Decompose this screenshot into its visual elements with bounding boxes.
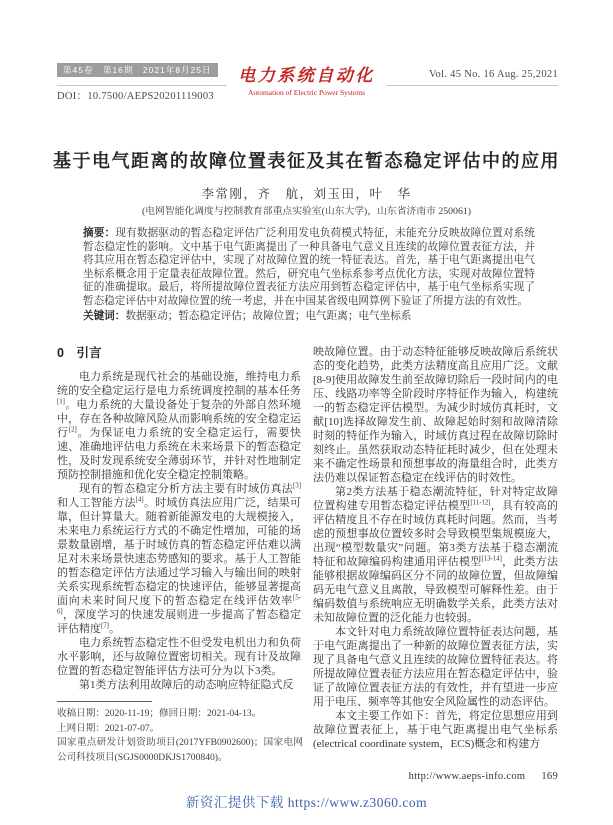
footnote-received-date: 收稿日期：2020-11-19；修回日期：2021-04-13。 <box>57 707 303 722</box>
keywords-label: 关键词： <box>83 310 125 322</box>
watermark: 新资汇提供下载 https://www.z3060.com <box>0 791 613 811</box>
keywords-paragraph: 关键词：数据驱动；暂态稳定评估；故障位置；电气距离；电气坐标系 <box>83 310 535 324</box>
article-affiliation: (电网智能化调度与控制教育部重点实验室(山东大学)，山东省济南市 250061) <box>0 203 613 217</box>
reference-superscript: [2] <box>69 426 77 433</box>
abstract-text: 现有数据驱动的暂态稳定评估广泛利用发电负荷模式特征，未能充分反映故障位置对系统暂… <box>83 228 535 307</box>
right-column: 映故障位置。由于动态特征能够反映故障后系统状态的变化趋势，此类方法精度高且应用广… <box>313 345 558 767</box>
body-paragraph: 第2类方法基于稳态潮流特征，针对特定故障位置构建专用暂态稳定评估模型[11-12… <box>313 485 558 625</box>
issue-info-box: 第45卷 第16期 2021年8月25日 <box>57 63 218 77</box>
page-footer: http://www.aeps-info.com169 <box>409 771 558 782</box>
abstract-block: 摘要：现有数据驱动的暂态稳定评估广泛利用发电负荷模式特征，未能充分反映故障位置对… <box>83 227 535 324</box>
reference-superscript: [1] <box>57 398 65 405</box>
page-number: 169 <box>541 771 558 782</box>
left-column: 0 引言 电力系统是现代社会的基础设施，维持电力系统的安全稳定运行是电力系统调度… <box>57 345 301 697</box>
keywords-text: 数据驱动；暂态稳定评估；故障位置；电气距离；电气坐标系 <box>125 311 411 322</box>
volume-info: Vol. 45 No. 16 Aug. 25,2021 <box>429 69 558 80</box>
body-paragraph: 现有的暂态稳定分析方法主要有时域仿真法[3]和人工智能方法[4]。时域仿真法应用… <box>57 482 301 636</box>
abstract-paragraph: 摘要：现有数据驱动的暂态稳定评估广泛利用发电负荷模式特征，未能充分反映故障位置对… <box>83 227 535 308</box>
footer-url: http://www.aeps-info.com <box>409 771 526 782</box>
body-paragraph: 电力系统暂态稳定性不但受发电机出力和负荷水平影响，还与故障位置密切相关。现有计及… <box>57 636 301 678</box>
journal-page: 第45卷 第16期 2021年8月25日 DOI：10.7500/AEPS202… <box>0 0 613 825</box>
reference-superscript: [11-12] <box>470 499 490 506</box>
right-column-paragraphs: 映故障位置。由于动态特征能够反映故障后系统状态的变化趋势，此类方法精度高且应用广… <box>313 345 558 751</box>
reference-superscript: [7] <box>101 622 109 629</box>
reference-superscript: [3] <box>293 482 301 489</box>
footnote-funding: 国家重点研发计划资助项目(2017YFB0902600)；国家电网公司科技项目(… <box>57 736 303 765</box>
body-paragraph: 电力系统是现代社会的基础设施，维持电力系统的安全稳定运行是电力系统调度控制的基本… <box>57 370 301 482</box>
reference-superscript: [5-6] <box>57 594 301 615</box>
reference-superscript: [13-14] <box>481 555 501 562</box>
left-column-paragraphs: 电力系统是现代社会的基础设施，维持电力系统的安全稳定运行是电力系统调度控制的基本… <box>57 370 301 692</box>
journal-name-cn: 电力系统自动化 <box>238 61 375 86</box>
body-paragraph: 本文针对电力系统故障位置特征表达问题，基于电气距离提出了一种新的故障位置表征方法… <box>313 625 558 709</box>
article-title: 基于电气距离的故障位置表征及其在暂态稳定评估中的应用 <box>20 147 593 173</box>
body-paragraph: 映故障位置。由于动态特征能够反映故障后系统状态的变化趋势，此类方法精度高且应用广… <box>313 345 558 485</box>
section-heading: 0 引言 <box>57 346 301 360</box>
journal-logo: 电力系统自动化 Automation of Electric Power Sys… <box>226 61 387 97</box>
article-authors: 李常刚，齐 航，刘玉田，叶 华 <box>0 184 613 202</box>
body-paragraph: 第1类方法利用故障后的动态响应特征隐式反 <box>57 678 301 692</box>
watermark-link[interactable]: 新资汇提供下载 https://www.z3060.com <box>186 795 427 810</box>
footnote-online-date: 上网日期：2021-07-07。 <box>57 722 303 737</box>
reference-superscript: [4] <box>136 496 144 503</box>
footnote-divider <box>57 701 152 702</box>
doi-text: DOI：10.7500/AEPS20201119003 <box>57 88 214 103</box>
journal-name-en: Automation of Electric Power Systems <box>238 88 375 97</box>
footnote-block: 收稿日期：2020-11-19；修回日期：2021-04-13。 上网日期：20… <box>57 701 303 765</box>
body-paragraph: 本文主要工作如下：首先，将定位思想应用到故障位置表征上，基于电气距离提出电气坐标… <box>313 709 558 751</box>
abstract-label: 摘要： <box>83 227 115 239</box>
